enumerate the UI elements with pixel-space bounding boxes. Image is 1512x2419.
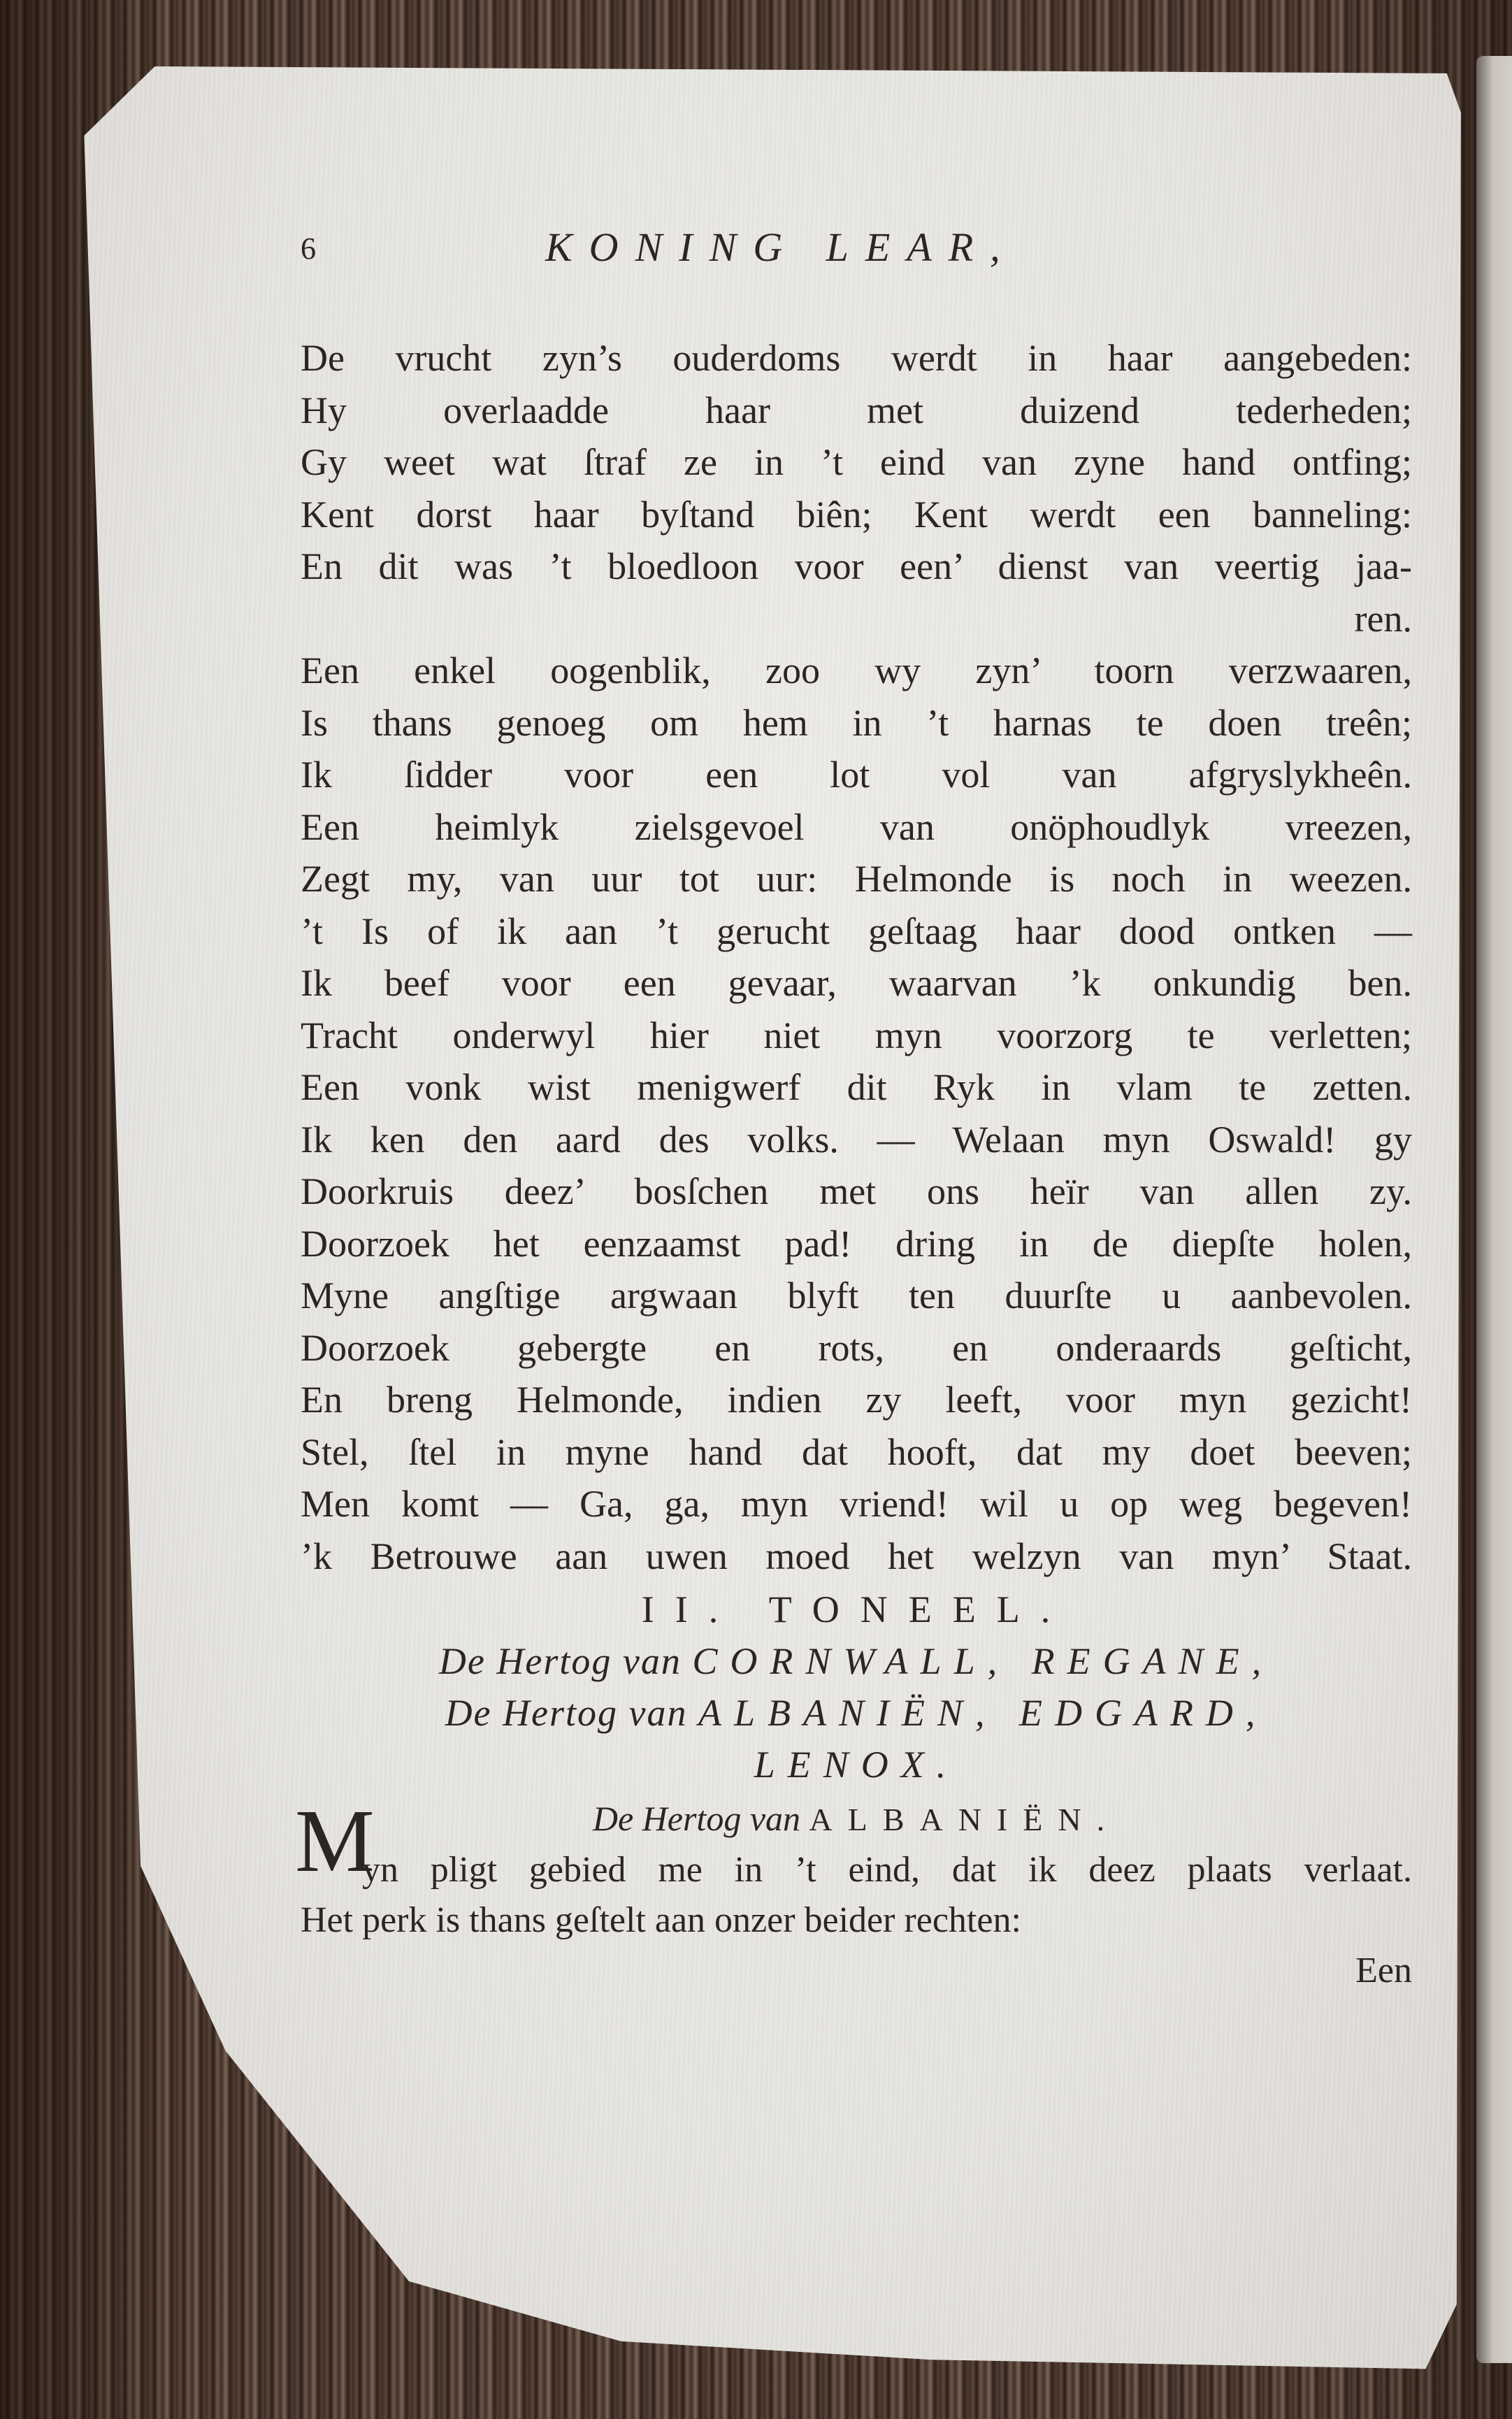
- cast-names: CORNWALL, REGANE,: [692, 1640, 1274, 1682]
- speaker-name: ALBANIËN.: [809, 1802, 1121, 1837]
- speaker-prefix: De Hertog van: [593, 1799, 809, 1838]
- verse-block: De vrucht zyn’s ouderdoms werdt in haar …: [301, 332, 1419, 1582]
- verse-turnover: ren.: [301, 593, 1412, 645]
- verse-line: Een heimlyk zielsgevoel van onöphoudlyk …: [301, 801, 1412, 854]
- cast-list-line: De Hertog van ALBANIËN, EDGARD,: [301, 1687, 1412, 1739]
- page-text: 6 KONING LEAR, De vrucht zyn’s ouderdoms…: [301, 210, 1419, 1996]
- cast-names: ALBANIËN, EDGARD,: [698, 1692, 1267, 1734]
- speech-block: M yn pligt gebied me in ’t eind, dat ik …: [301, 1845, 1419, 1946]
- verse-line: Tracht onderwyl hier niet myn voorzorg t…: [301, 1010, 1412, 1062]
- page-number: 6: [301, 231, 316, 266]
- speech-line: yn pligt gebied me in ’t eind, dat ik de…: [301, 1845, 1412, 1895]
- verse-line: Zegt my, van uur tot uur: Helmonde is no…: [301, 853, 1412, 905]
- verse-line: Gy weet wat ſtraf ze in ’t eind van zyne…: [301, 436, 1412, 489]
- verse-line: Een vonk wist menigwerf dit Ryk in vlam …: [301, 1061, 1412, 1114]
- verse-line: ’t Is of ik aan ’t gerucht geſtaag haar …: [301, 905, 1412, 958]
- verse-line: Ik ſidder voor een lot vol van afgryslyk…: [301, 749, 1412, 801]
- verse-line: Stel, ſtel in myne hand dat hooft, dat m…: [301, 1426, 1412, 1479]
- verse-line: Men komt — Ga, ga, myn vriend! wil u op …: [301, 1478, 1412, 1530]
- cast-list-line: De Hertog van CORNWALL, REGANE,: [301, 1635, 1412, 1687]
- verse-line: Doorzoek gebergte en rots, en onderaards…: [301, 1322, 1412, 1374]
- running-head: 6 KONING LEAR,: [301, 210, 1419, 273]
- verse-line: Hy overlaadde haar met duizend tederhede…: [301, 385, 1412, 437]
- cast-prefix: De Hertog van: [445, 1692, 698, 1734]
- cast-list-line: LENOX.: [301, 1739, 1412, 1790]
- verse-line: Doorzoek het eenzaamst pad! dring in de …: [301, 1218, 1412, 1270]
- verse-line: Een enkel oogenblik, zoo wy zyn’ toorn v…: [301, 645, 1412, 697]
- speaker-label: De Hertog van ALBANIËN.: [301, 1793, 1412, 1845]
- verse-line: Myne angſtige argwaan blyft ten duurſte …: [301, 1270, 1412, 1322]
- verse-line: En dit was ’t bloedloon voor een’ dienst…: [301, 540, 1412, 593]
- facing-page-edge: [1476, 56, 1512, 2363]
- verse-line: ’k Betrouwe aan uwen moed het welzyn van…: [301, 1530, 1412, 1583]
- verse-line: Kent dorst haar byſtand biên; Kent werdt…: [301, 489, 1412, 541]
- scene-heading: II. TONEEL.: [301, 1584, 1412, 1635]
- verse-line: De vrucht zyn’s ouderdoms werdt in haar …: [301, 332, 1412, 385]
- verse-line: Ik beef voor een gevaar, waarvan ’k onku…: [301, 957, 1412, 1010]
- verse-line: Is thans genoeg om hem in ’t harnas te d…: [301, 697, 1412, 749]
- running-title: KONING LEAR,: [545, 224, 1017, 271]
- catchword: Een: [301, 1946, 1412, 1996]
- verse-line: Doorkruis deez’ bosſchen met ons heïr va…: [301, 1165, 1412, 1218]
- drop-cap: M: [295, 1796, 375, 1886]
- verse-line: Ik ken den aard des volks. — Welaan myn …: [301, 1114, 1412, 1166]
- verse-line: En breng Helmonde, indien zy leeft, voor…: [301, 1374, 1412, 1426]
- cast-names: LENOX.: [754, 1744, 959, 1786]
- speech-line: Het perk is thans geſtelt aan onzer beid…: [301, 1895, 1412, 1946]
- cast-prefix: De Hertog van: [439, 1640, 692, 1682]
